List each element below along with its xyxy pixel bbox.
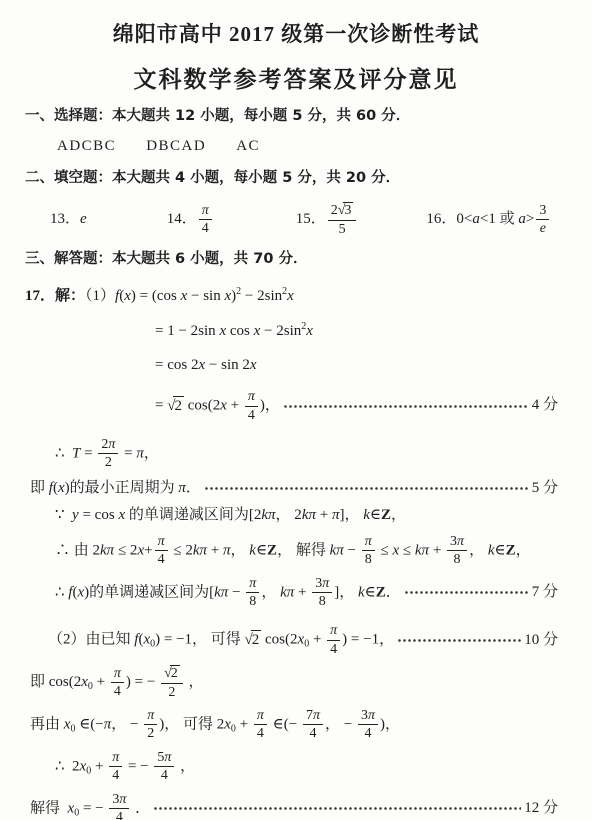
fraction: π4 — [245, 389, 258, 423]
math-text: ， — [261, 584, 280, 600]
math-text: ， — [391, 507, 406, 523]
math-variable: kπ — [193, 542, 207, 558]
fraction-numerator: π — [109, 750, 122, 767]
fraction: 2√35 — [328, 202, 357, 237]
math-text: ≤ 2 — [114, 542, 137, 558]
math-variable: x — [306, 323, 313, 339]
fraction-numerator: π — [155, 534, 168, 551]
math-variable: x — [224, 716, 231, 732]
math-text: + — [309, 632, 325, 648]
fraction-denominator: 8 — [312, 593, 332, 609]
answers-fill: 13．e14．π415．2√3516．0<a<1 或 a>3e — [50, 202, 558, 237]
math-text: ∈ — [256, 542, 267, 558]
fraction: 2π2 — [98, 437, 118, 471]
q17-step-6: 即 f(x)的最小正周期为 π．5 分 — [30, 479, 558, 499]
math-text: 4 — [112, 768, 119, 783]
math-variable: e — [80, 211, 87, 227]
math-variable: π — [119, 792, 126, 807]
answer-key-subtitle: 文科数学参考答案及评分意见 — [0, 61, 592, 94]
math-variable: π — [248, 389, 255, 404]
math-text: = − — [124, 758, 152, 774]
line-body: 三、解答题：本大题共 6 小题，共 70 分． — [25, 250, 307, 269]
fraction: 5π4 — [154, 750, 174, 784]
math-variable: x — [81, 674, 88, 690]
math-text: ≤ 2 — [170, 542, 193, 558]
math-variable: π — [313, 708, 320, 723]
math-text: ∴ — [55, 445, 72, 461]
math-text: = 1 − 2sin — [155, 323, 219, 339]
q17-step-11: 即 cos(2x0 + π4) = − √22 ， — [30, 665, 558, 700]
math-variable: π — [147, 708, 154, 723]
math-text: <1 或 — [480, 211, 518, 227]
math-variable: π — [365, 534, 372, 549]
math-variable: kπ — [330, 542, 344, 558]
math-text: 解得 — [30, 800, 68, 816]
math-text: + — [93, 674, 109, 690]
math-text: ∈ — [370, 507, 381, 523]
math-variable: x — [287, 288, 294, 304]
math-variable: a — [472, 211, 480, 227]
line-body: 13．e14．π415．2√3516．0<a<1 或 a>3e — [50, 202, 551, 237]
fraction: π8 — [362, 534, 375, 568]
math-text: 13． — [50, 211, 80, 227]
fraction: π8 — [246, 576, 259, 610]
math-text: 3 — [539, 203, 546, 218]
line-body: ∴ 由 2kπ ≤ 2x+π4 ≤ 2kπ + π， k∈Z， 解得 kπ − … — [55, 534, 531, 568]
math-variable: kπ — [302, 507, 316, 523]
math-text: ) = (cos — [131, 288, 181, 304]
math-text: 15． — [296, 211, 326, 227]
fraction-denominator: 4 — [109, 767, 122, 783]
math-text: − sin — [187, 288, 224, 304]
score-label: 10 分 — [524, 631, 558, 651]
dots-leader — [283, 399, 529, 414]
fraction-denominator: 8 — [246, 593, 259, 609]
q17-step-2: = 1 − 2sin x cos x − 2sin2x — [155, 320, 558, 342]
fraction: π4 — [155, 534, 168, 568]
q17-step-1: 17．解：（1）f(x) = (cos x − sin x)2 − 2sin2x — [25, 285, 558, 307]
score-label: 4 分 — [532, 396, 558, 416]
math-text: ， 解得 — [277, 542, 330, 558]
math-text: = — [120, 445, 136, 461]
q17-step-13: ∴ 2x0 + π4 = − 5π4 ， — [55, 750, 558, 784]
math-text: DBCAD — [146, 138, 206, 154]
math-text: ∵ — [55, 507, 72, 523]
fraction-numerator: 3π — [358, 708, 378, 725]
fraction-numerator: π — [144, 708, 157, 725]
radicand: 3 — [343, 202, 353, 218]
math-text: ， — [185, 674, 204, 690]
fraction-denominator: 4 — [254, 725, 267, 741]
math-text: 4 — [257, 726, 264, 741]
math-text: 2 — [168, 685, 175, 700]
math-variable: x — [220, 398, 227, 414]
square-root: √3 — [338, 202, 354, 218]
math-variable: π — [112, 750, 119, 765]
fraction-numerator: √2 — [161, 665, 183, 683]
math-text: 即 — [30, 480, 49, 496]
math-text: ]， — [334, 584, 358, 600]
math-text: 3 — [450, 534, 457, 549]
math-variable: π — [202, 203, 209, 218]
math-text: + — [294, 584, 310, 600]
fraction: 3e — [536, 203, 549, 237]
math-variable: kπ — [214, 584, 228, 600]
line-body: ADCBCDBCADAC — [57, 137, 260, 157]
math-text: )， 可得 2 — [159, 716, 224, 732]
math-text: + — [144, 542, 152, 558]
line-body: 即 cos(2x0 + π4) = − √22 ， — [30, 665, 204, 700]
math-text: ∈(− — [75, 716, 103, 732]
math-text: 的单调递减区间为[2 — [125, 507, 261, 523]
fraction-numerator: 5π — [154, 750, 174, 767]
q17-step-7: ∵ y = cos x 的单调递减区间为[2kπ， 2kπ + π]， k∈Z， — [55, 506, 558, 526]
math-variable: π — [223, 542, 231, 558]
math-text: − sin 2 — [205, 357, 250, 373]
fraction-denominator: 4 — [154, 767, 174, 783]
fraction-numerator: π — [111, 666, 124, 683]
math-text: ， — [144, 445, 159, 461]
line-body: 再由 x0 ∈(−π， − π2)， 可得 2x0 + π4 ∈(− 7π4， … — [30, 708, 400, 742]
math-variable: x — [124, 288, 131, 304]
math-variable: kπ — [280, 584, 294, 600]
math-text: = − — [79, 800, 107, 816]
math-text: ADCBC — [57, 138, 116, 154]
math-text: + — [207, 542, 223, 558]
math-text: + — [429, 542, 445, 558]
math-text: ． — [131, 800, 150, 816]
math-text: 4 — [158, 552, 165, 567]
math-text: 4 — [202, 221, 209, 236]
fraction: π4 — [109, 750, 122, 784]
math-variable: k — [488, 542, 495, 558]
fraction-numerator: π — [199, 203, 212, 220]
fraction: √22 — [161, 665, 183, 700]
dots-leader — [153, 801, 521, 816]
fraction: π4 — [111, 666, 124, 700]
math-text: ∴ 由 2 — [55, 542, 100, 558]
math-text: ， − — [325, 716, 356, 732]
q17-step-9: ∴ f(x)的单调递减区间为[kπ − π8， kπ + 3π8]， k∈Z．7… — [55, 576, 558, 610]
bold-text: Z — [267, 542, 277, 558]
math-variable: k — [358, 584, 365, 600]
radicand: 2 — [170, 665, 180, 681]
dots-leader — [397, 633, 521, 648]
math-text: cos(2 — [184, 398, 220, 414]
math-text: 3 — [361, 708, 368, 723]
fraction-denominator: e — [536, 220, 549, 236]
fraction: π4 — [254, 708, 267, 742]
line-body: ∴ T = 2π2 = π， — [55, 437, 159, 471]
math-variable: π — [164, 750, 171, 765]
math-variable: π — [257, 708, 264, 723]
score-label: 5 分 — [532, 479, 558, 499]
fraction-numerator: π — [362, 534, 375, 551]
fraction: π4 — [199, 203, 212, 237]
math-text: 即 cos(2 — [30, 674, 81, 690]
math-text: = — [155, 398, 167, 414]
bold-text: 17．解： — [25, 288, 85, 304]
math-text: )， — [380, 716, 400, 732]
math-text: 2 — [174, 398, 182, 414]
math-variable: π — [136, 445, 144, 461]
math-text: ) = − — [126, 674, 159, 690]
math-text: 2 — [105, 455, 112, 470]
math-text: 2 — [331, 203, 338, 218]
math-variable: π — [114, 666, 121, 681]
fraction: 3π4 — [358, 708, 378, 742]
math-variable: y — [72, 507, 79, 523]
math-text: 8 — [454, 552, 461, 567]
math-text: 4 — [116, 810, 123, 820]
math-text: + — [91, 758, 107, 774]
math-text: + — [316, 507, 332, 523]
q17-step-14: 解得 x0 = − 3π4 ．12 分 — [30, 792, 558, 820]
math-text: 4 — [114, 684, 121, 699]
math-text: 4 — [364, 726, 371, 741]
math-text: cos(2 — [261, 632, 297, 648]
bold-text: 一、选择题：本大题共 12 小题，每小题 5 分，共 60 分． — [25, 108, 410, 124]
math-variable: π — [322, 576, 329, 591]
math-text: ． — [186, 480, 201, 496]
math-text: = — [80, 445, 96, 461]
line-body: 17．解：（1）f(x) = (cos x − sin x)2 − 2sin2x — [25, 285, 294, 307]
math-text: ， 2 — [276, 507, 302, 523]
fraction-numerator: 3π — [447, 534, 467, 551]
fraction-denominator: 8 — [362, 551, 375, 567]
q17-step-8: ∴ 由 2kπ ≤ 2x+π4 ≤ 2kπ + π， k∈Z， 解得 kπ − … — [55, 534, 558, 568]
fraction-numerator: π — [254, 708, 267, 725]
fraction-numerator: 7π — [303, 708, 323, 725]
fraction-numerator: π — [246, 576, 259, 593]
math-text: − 2sin — [241, 288, 282, 304]
math-text: ∴ 2 — [55, 758, 80, 774]
math-variable: x — [58, 480, 65, 496]
fraction-numerator: 3π — [312, 576, 332, 593]
math-text: 4 — [161, 768, 168, 783]
fraction-numerator: 2π — [98, 437, 118, 454]
q17-step-5: ∴ T = 2π2 = π， — [55, 437, 558, 471]
line-body: ∴ f(x)的单调递减区间为[kπ − π8， kπ + 3π8]， k∈Z． — [55, 576, 401, 610]
fraction-numerator: π — [245, 389, 258, 406]
fraction: 3π8 — [312, 576, 332, 610]
math-text: ， — [516, 542, 531, 558]
fraction: π4 — [327, 623, 340, 657]
fraction-denominator: 4 — [155, 551, 168, 567]
math-text: + — [227, 398, 243, 414]
math-text: ∴ — [55, 584, 68, 600]
bold-text: 三、解答题：本大题共 6 小题，共 70 分． — [25, 251, 307, 267]
fraction-denominator: 5 — [328, 221, 357, 237]
math-text: 14． — [167, 211, 197, 227]
math-variable: π — [178, 480, 186, 496]
math-text: − — [344, 542, 360, 558]
math-text: ， — [176, 758, 195, 774]
line-body: = 1 − 2sin x cos x − 2sin2x — [155, 320, 313, 342]
math-variable: k — [363, 507, 370, 523]
math-text: > — [526, 211, 534, 227]
bold-text: 二、填空题：本大题共 4 小题，每小题 5 分，共 20 分． — [25, 170, 400, 186]
fraction-denominator: 8 — [447, 551, 467, 567]
math-text: ]， — [339, 507, 363, 523]
math-text: = cos — [79, 507, 119, 523]
math-text: 16．0< — [426, 211, 472, 227]
math-text: 8 — [319, 594, 326, 609]
math-text: 4 — [248, 408, 255, 423]
math-variable: a — [518, 211, 526, 227]
math-variable: π — [158, 534, 165, 549]
fraction-denominator: 2 — [98, 454, 118, 470]
exam-title: 绵阳市高中 2017 级第一次诊断性考试 — [0, 18, 592, 48]
math-text: )的单调递减区间为[ — [84, 584, 214, 600]
math-text: ≤ — [377, 542, 393, 558]
math-variable: π — [457, 534, 464, 549]
fraction: 3π4 — [109, 792, 129, 820]
math-text: − — [228, 584, 244, 600]
math-variable: π — [368, 708, 375, 723]
score-label: 12 分 — [524, 799, 558, 819]
fraction-denominator: 4 — [111, 683, 124, 699]
line-body: 解得 x0 = − 3π4 ． — [30, 792, 150, 820]
fraction-denominator: 4 — [109, 809, 129, 820]
line-body: 一、选择题：本大题共 12 小题，每小题 5 分，共 60 分． — [25, 107, 410, 126]
square-root: √2 — [245, 630, 262, 651]
math-text: 5 — [339, 222, 346, 237]
math-text: 8 — [249, 594, 256, 609]
q17-step-4: = √2 cos(2x + π4)，4 分 — [155, 389, 558, 423]
math-variable: π — [330, 623, 337, 638]
fraction-numerator: 2√3 — [328, 202, 357, 220]
math-text: ∈ — [365, 584, 376, 600]
math-variable: e — [540, 221, 546, 236]
line-body: 即 f(x)的最小正周期为 π． — [30, 479, 201, 499]
square-root: √2 — [164, 665, 180, 681]
dots-leader — [204, 481, 529, 496]
document-body: 一、选择题：本大题共 12 小题，每小题 5 分，共 60 分．ADCBCDBC… — [0, 107, 592, 820]
math-text: ． — [386, 584, 401, 600]
math-variable: x — [250, 357, 257, 373]
q17-step-10: （2）由已知 f(x0) = −1， 可得 √2 cos(2x0 + π4) =… — [48, 623, 558, 657]
fraction: 3π8 — [447, 534, 467, 568]
math-variable: π — [108, 437, 115, 452]
math-text: （1） — [85, 288, 115, 304]
math-text: 8 — [365, 552, 372, 567]
q17-step-12: 再由 x0 ∈(−π， − π2)， 可得 2x0 + π4 ∈(− 7π4， … — [30, 708, 558, 742]
section-choice: 一、选择题：本大题共 12 小题，每小题 5 分，共 60 分． — [25, 107, 558, 126]
q17-step-3: = cos 2x − sin 2x — [155, 356, 558, 376]
fraction-denominator: 2 — [161, 684, 183, 700]
answer-key-page: 绵阳市高中 2017 级第一次诊断性考试 文科数学参考答案及评分意见 一、选择题… — [0, 0, 592, 820]
math-text: − 2sin — [260, 323, 301, 339]
math-text: cos — [226, 323, 254, 339]
fraction: 7π4 — [303, 708, 323, 742]
fraction-numerator: 3π — [109, 792, 129, 809]
math-text: )的最小正周期为 — [65, 480, 179, 496]
section-solve: 三、解答题：本大题共 6 小题，共 70 分． — [25, 250, 558, 269]
math-text: 2 — [147, 726, 154, 741]
math-text: 3 — [344, 203, 351, 218]
math-text: ≤ — [399, 542, 415, 558]
fraction-numerator: 3 — [536, 203, 549, 220]
bold-text: Z — [376, 584, 386, 600]
dots-leader — [404, 585, 529, 600]
math-text: ， − — [111, 716, 142, 732]
math-text: （2）由已知 — [48, 632, 134, 648]
math-text: AC — [236, 138, 260, 154]
math-text: ， — [231, 542, 250, 558]
math-variable: kπ — [100, 542, 114, 558]
line-body: = cos 2x − sin 2x — [155, 356, 257, 376]
line-body: ∵ y = cos x 的单调递减区间为[2kπ， 2kπ + π]， k∈Z， — [55, 506, 406, 526]
math-text: ， — [469, 542, 488, 558]
math-text: 4 — [330, 642, 337, 657]
math-text: 2 — [252, 632, 260, 648]
line-body: 二、填空题：本大题共 4 小题，每小题 5 分，共 20 分． — [25, 169, 400, 188]
fraction-denominator: 4 — [199, 220, 212, 236]
line-body: （2）由已知 f(x0) = −1， 可得 √2 cos(2x0 + π4) =… — [48, 623, 394, 657]
radicand: 2 — [251, 630, 262, 651]
fraction-denominator: 4 — [245, 407, 258, 423]
math-text: 2 — [171, 666, 178, 681]
math-text: )， — [260, 398, 280, 414]
square-root: √2 — [167, 396, 184, 417]
math-text: ) = −1， — [342, 632, 394, 648]
fraction-denominator: 2 — [144, 725, 157, 741]
math-text: 4 — [309, 726, 316, 741]
math-text: + — [236, 716, 252, 732]
math-text: 再由 — [30, 716, 64, 732]
radicand: 2 — [173, 396, 184, 417]
section-fill: 二、填空题：本大题共 4 小题，每小题 5 分，共 20 分． — [25, 169, 558, 188]
bold-text: Z — [381, 507, 391, 523]
math-text: ) = −1， 可得 — [155, 632, 244, 648]
math-variable: π — [249, 576, 256, 591]
fraction-denominator: 4 — [327, 641, 340, 657]
math-variable: kπ — [261, 507, 275, 523]
math-text: = cos 2 — [155, 357, 198, 373]
math-variable: k — [249, 542, 256, 558]
math-text: ∈(− — [269, 716, 301, 732]
math-variable: kπ — [415, 542, 429, 558]
fraction-numerator: π — [327, 623, 340, 640]
score-label: 7 分 — [532, 583, 558, 603]
fraction-denominator: 4 — [358, 725, 378, 741]
fraction-denominator: 4 — [303, 725, 323, 741]
bold-text: Z — [506, 542, 516, 558]
answers-choice: ADCBCDBCADAC — [57, 137, 558, 157]
math-text: ∈ — [495, 542, 506, 558]
line-body: ∴ 2x0 + π4 = − 5π4 ， — [55, 750, 195, 784]
math-text: 7 — [306, 708, 313, 723]
line-body: = √2 cos(2x + π4)， — [155, 389, 280, 423]
fraction: π2 — [144, 708, 157, 742]
